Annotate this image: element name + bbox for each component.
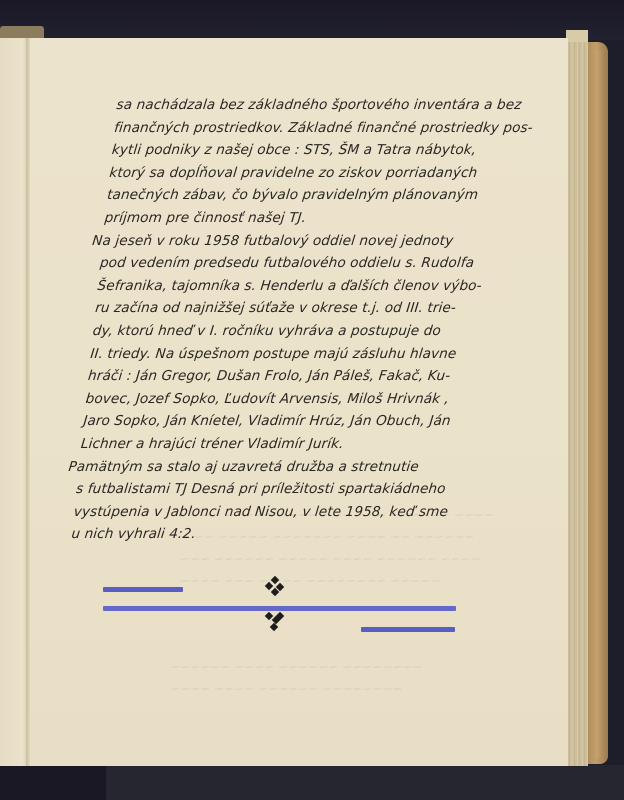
book-cover-edge (596, 50, 604, 758)
decorative-rule (361, 627, 455, 632)
bleed-through-text: ~~~~ ~~~~~~ ~~~~ ~~~~~ ~~~~~~ ~~~ (180, 552, 481, 566)
text-line: kytli podniky z našej obce : STS, ŠM a T… (111, 139, 553, 162)
text-line: dy, ktorú hneď v I. ročníku vyhráva a po… (92, 320, 534, 343)
text-line: ktorý sa dopĺňoval pravidelne zo ziskov … (108, 162, 550, 185)
handwritten-text-block: sa nachádzala bez základného športového … (70, 94, 557, 546)
text-line: pod vedením predsedu futbalového oddielu… (99, 252, 541, 275)
backdrop (0, 0, 624, 40)
text-line: ru začína od najnižšej súťaže v okrese t… (94, 297, 536, 320)
text-line: Na jeseň v roku 1958 futbalový oddiel no… (91, 230, 543, 253)
text-line: vystúpenia v Jablonci nad Nisou, v lete … (73, 501, 515, 524)
diamond-cluster-icon (265, 613, 287, 635)
text-line: hráči : Ján Gregor, Dušan Frolo, Ján Pál… (87, 365, 529, 388)
text-line: Jaro Sopko, Ján Kníetel, Vladimír Hrúz, … (82, 410, 524, 433)
bleed-through-text: ~~~~~~~~ ~~~~~~ ~~~~ ~~~~~~ (170, 660, 423, 674)
text-line: Lichner a hrajúci tréner Vladimír Jurík. (80, 433, 522, 456)
text-line: bovec, Jozef Sopko, Ľudovít Arvensis, Mi… (85, 388, 527, 411)
backdrop (0, 765, 106, 800)
text-line: príjmom pre činnosť našej TJ. (103, 207, 545, 230)
text-line: u nich vyhrali 4:2. (70, 523, 512, 546)
text-line: sa nachádzala bez základného športového … (115, 94, 557, 117)
page-stack (566, 30, 588, 42)
decorative-rule (103, 587, 183, 592)
text-line: Pamätným sa stalo aj uzavretá družba a s… (67, 456, 519, 479)
text-line: finančných prostriedkov. Základné finanč… (113, 117, 555, 140)
left-page (0, 38, 28, 766)
page-stack (566, 30, 588, 766)
bleed-through-text: ~~~~~ ~~~~~~~~ ~~ ~~ ~~~ ~~~~ (180, 574, 440, 588)
bleed-through-text: ~~~~~~~~ ~~~~~~ ~~~~ ~~~~ (170, 682, 403, 696)
diamond-cluster-icon (265, 577, 287, 599)
text-line: Šefranika, tajomníka s. Henderlu a ďalší… (96, 275, 538, 298)
decorative-rule (103, 606, 456, 611)
text-line: tanečných zábav, čo bývalo pravidelným p… (106, 184, 548, 207)
text-line: s futbalistami TJ Desná pri príležitosti… (75, 478, 517, 501)
text-line: II. triedy. Na úspešnom postupe majú zás… (89, 343, 531, 366)
